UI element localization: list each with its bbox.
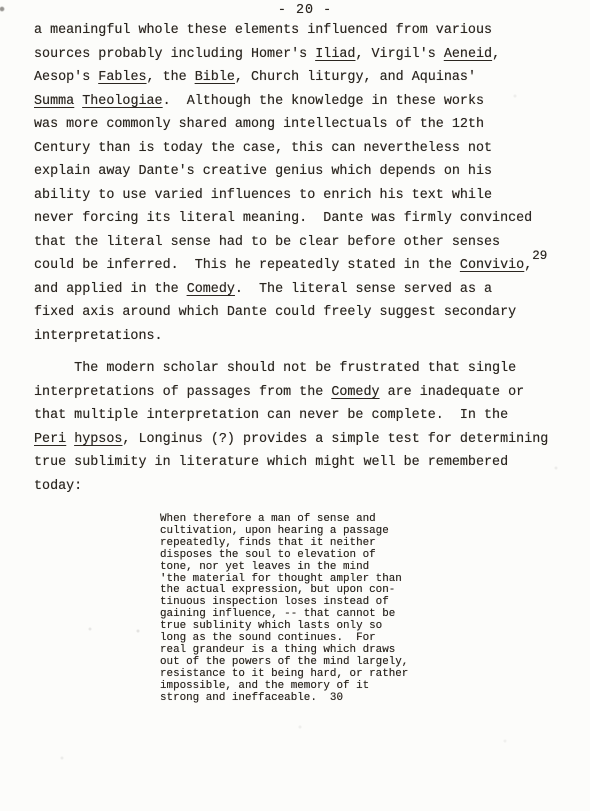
underlined-title: Aeneid <box>444 47 492 62</box>
text-line: true sublimity in literature which might… <box>34 451 574 475</box>
text-line: Aesop's Fables, the Bible, Church liturg… <box>34 66 574 90</box>
underlined-title: Convivio <box>460 258 524 273</box>
underlined-title: Iliad <box>315 47 355 62</box>
text-line: explain away Dante's creative genius whi… <box>34 160 574 184</box>
underlined-title: Peri <box>34 432 66 447</box>
text-line: The modern scholar should not be frustra… <box>34 357 574 381</box>
paragraph-sources: a meaningful whole these elements influe… <box>34 19 574 348</box>
text-line: strong and ineffaceable. 30 <box>160 693 574 705</box>
text-line: could be inferred. This he repeatedly st… <box>34 254 574 278</box>
text-line: that multiple interpretation can never b… <box>34 404 574 428</box>
text-line: Peri hypsos, Longinus (?) provides a sim… <box>34 428 574 452</box>
paragraph-modern-scholar: The modern scholar should not be frustra… <box>34 357 574 498</box>
text-line: today: <box>34 475 574 499</box>
underlined-title: Comedy <box>331 385 379 400</box>
text-line: never forcing its literal meaning. Dante… <box>34 207 574 231</box>
text-line: Century than is today the case, this can… <box>34 137 574 161</box>
document-page: - 20 - a meaningful whole these elements… <box>0 0 590 811</box>
text-line: interpretations. <box>34 325 574 349</box>
text-line: fixed axis around which Dante could free… <box>34 301 574 325</box>
text-line: was more commonly shared among intellect… <box>34 113 574 137</box>
underlined-title: hypsos <box>74 432 122 447</box>
text-line: ability to use varied influences to enri… <box>34 184 574 208</box>
underlined-title: Summa <box>34 94 74 109</box>
text-line: interpretations of passages from the Com… <box>34 381 574 405</box>
text-line: Summa Theologiae. Although the knowledge… <box>34 90 574 114</box>
text-line: a meaningful whole these elements influe… <box>34 19 574 43</box>
underlined-title: Comedy <box>187 282 235 297</box>
page-number: - 20 - <box>10 3 590 18</box>
footnote-superscript: 29 <box>532 249 547 263</box>
text-line: and applied in the Comedy. The literal s… <box>34 278 574 302</box>
text-line: that the literal sense had to be clear b… <box>34 231 574 255</box>
block-quote-longinus: When therefore a man of sense andcultiva… <box>160 514 574 705</box>
text-line: sources probably including Homer's Iliad… <box>34 43 574 67</box>
underlined-title: Bible <box>195 70 235 85</box>
underlined-title: Fables <box>98 70 146 85</box>
body-text: a meaningful whole these elements influe… <box>34 19 574 705</box>
underlined-title: Theologiae <box>82 94 162 109</box>
